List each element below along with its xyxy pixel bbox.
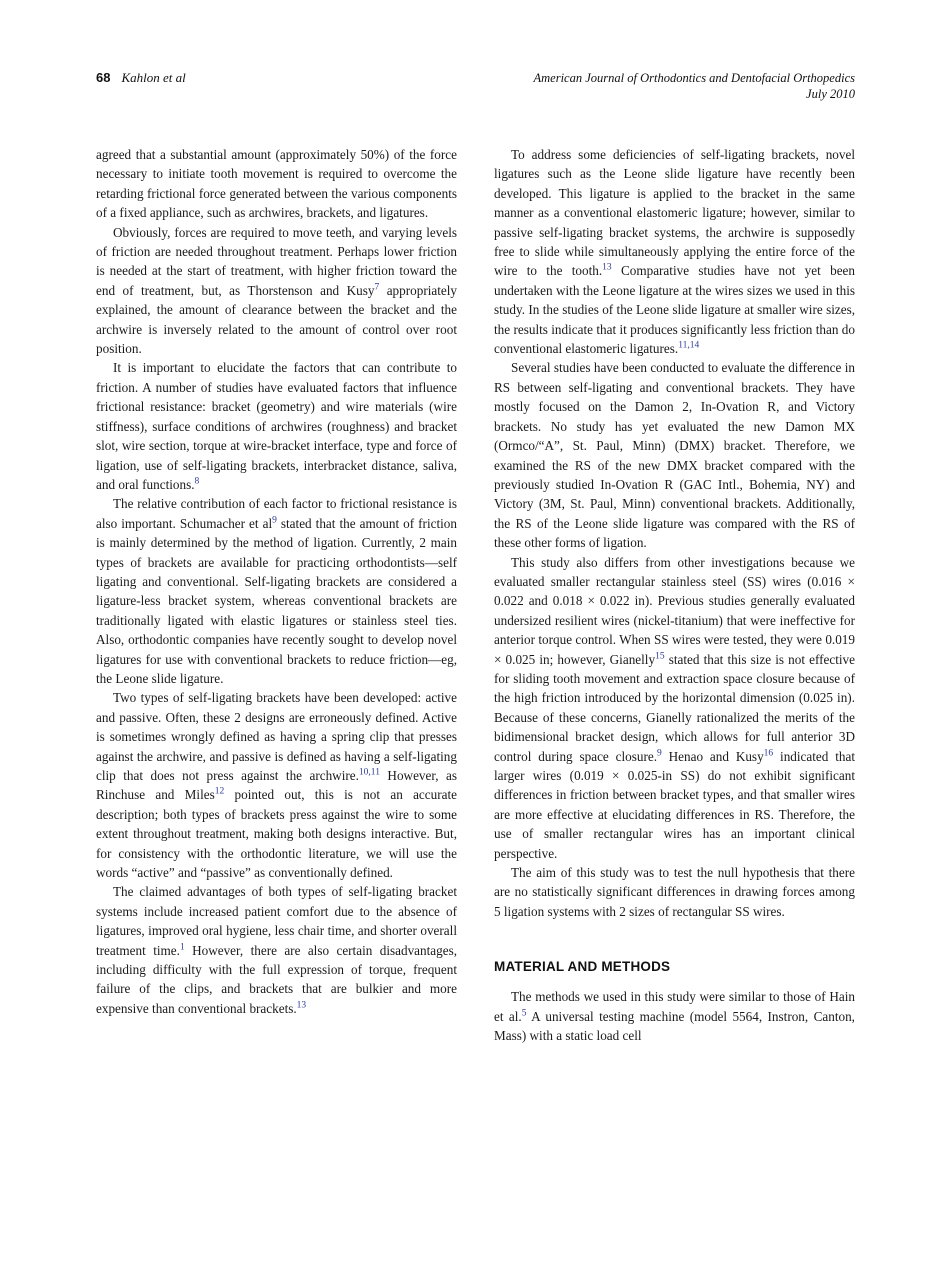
reference-link[interactable]: 13 [297,1000,307,1010]
paragraph: Two types of self-ligating brackets have… [96,688,457,882]
reference-link[interactable]: 10,11 [359,768,380,778]
running-header-left: 68 Kahlon et al [96,70,186,86]
right-column: To address some deficiencies of self-lig… [494,145,855,1045]
page-number: 68 [96,70,110,85]
running-header-right: American Journal of Orthodontics and Den… [534,70,856,102]
paragraph: Obviously, forces are required to move t… [96,223,457,359]
reference-link[interactable]: 7 [374,282,379,292]
journal-page: 68 Kahlon et al American Journal of Orth… [0,0,950,1272]
reference-link[interactable]: 12 [215,787,225,797]
reference-link[interactable]: 1 [180,942,185,952]
paragraph: agreed that a substantial amount (approx… [96,145,457,223]
reference-link[interactable]: 9 [657,748,662,758]
issue-date: July 2010 [534,86,856,102]
reference-link[interactable]: 9 [272,515,277,525]
paragraph: Several studies have been conducted to e… [494,358,855,552]
section-heading: MATERIAL AND METHODS [494,959,855,974]
left-column: agreed that a substantial amount (approx… [96,145,457,1045]
paragraph: This study also differs from other inves… [494,553,855,864]
running-header: 68 Kahlon et al American Journal of Orth… [96,70,855,102]
paragraph: The methods we used in this study were s… [494,987,855,1045]
article-body: agreed that a substantial amount (approx… [96,145,855,1045]
journal-title: American Journal of Orthodontics and Den… [534,70,856,86]
paragraph: The claimed advantages of both types of … [96,882,457,1018]
paragraph: To address some deficiencies of self-lig… [494,145,855,358]
running-author: Kahlon et al [121,70,185,86]
paragraph: The aim of this study was to test the nu… [494,863,855,921]
reference-link[interactable]: 13 [602,263,612,273]
reference-link[interactable]: 15 [655,651,665,661]
paragraph: It is important to elucidate the factors… [96,358,457,494]
reference-link[interactable]: 11,14 [678,341,699,351]
reference-link[interactable]: 8 [195,477,200,487]
paragraph: The relative contribution of each factor… [96,494,457,688]
reference-link[interactable]: 5 [522,1008,527,1018]
reference-link[interactable]: 16 [764,748,774,758]
